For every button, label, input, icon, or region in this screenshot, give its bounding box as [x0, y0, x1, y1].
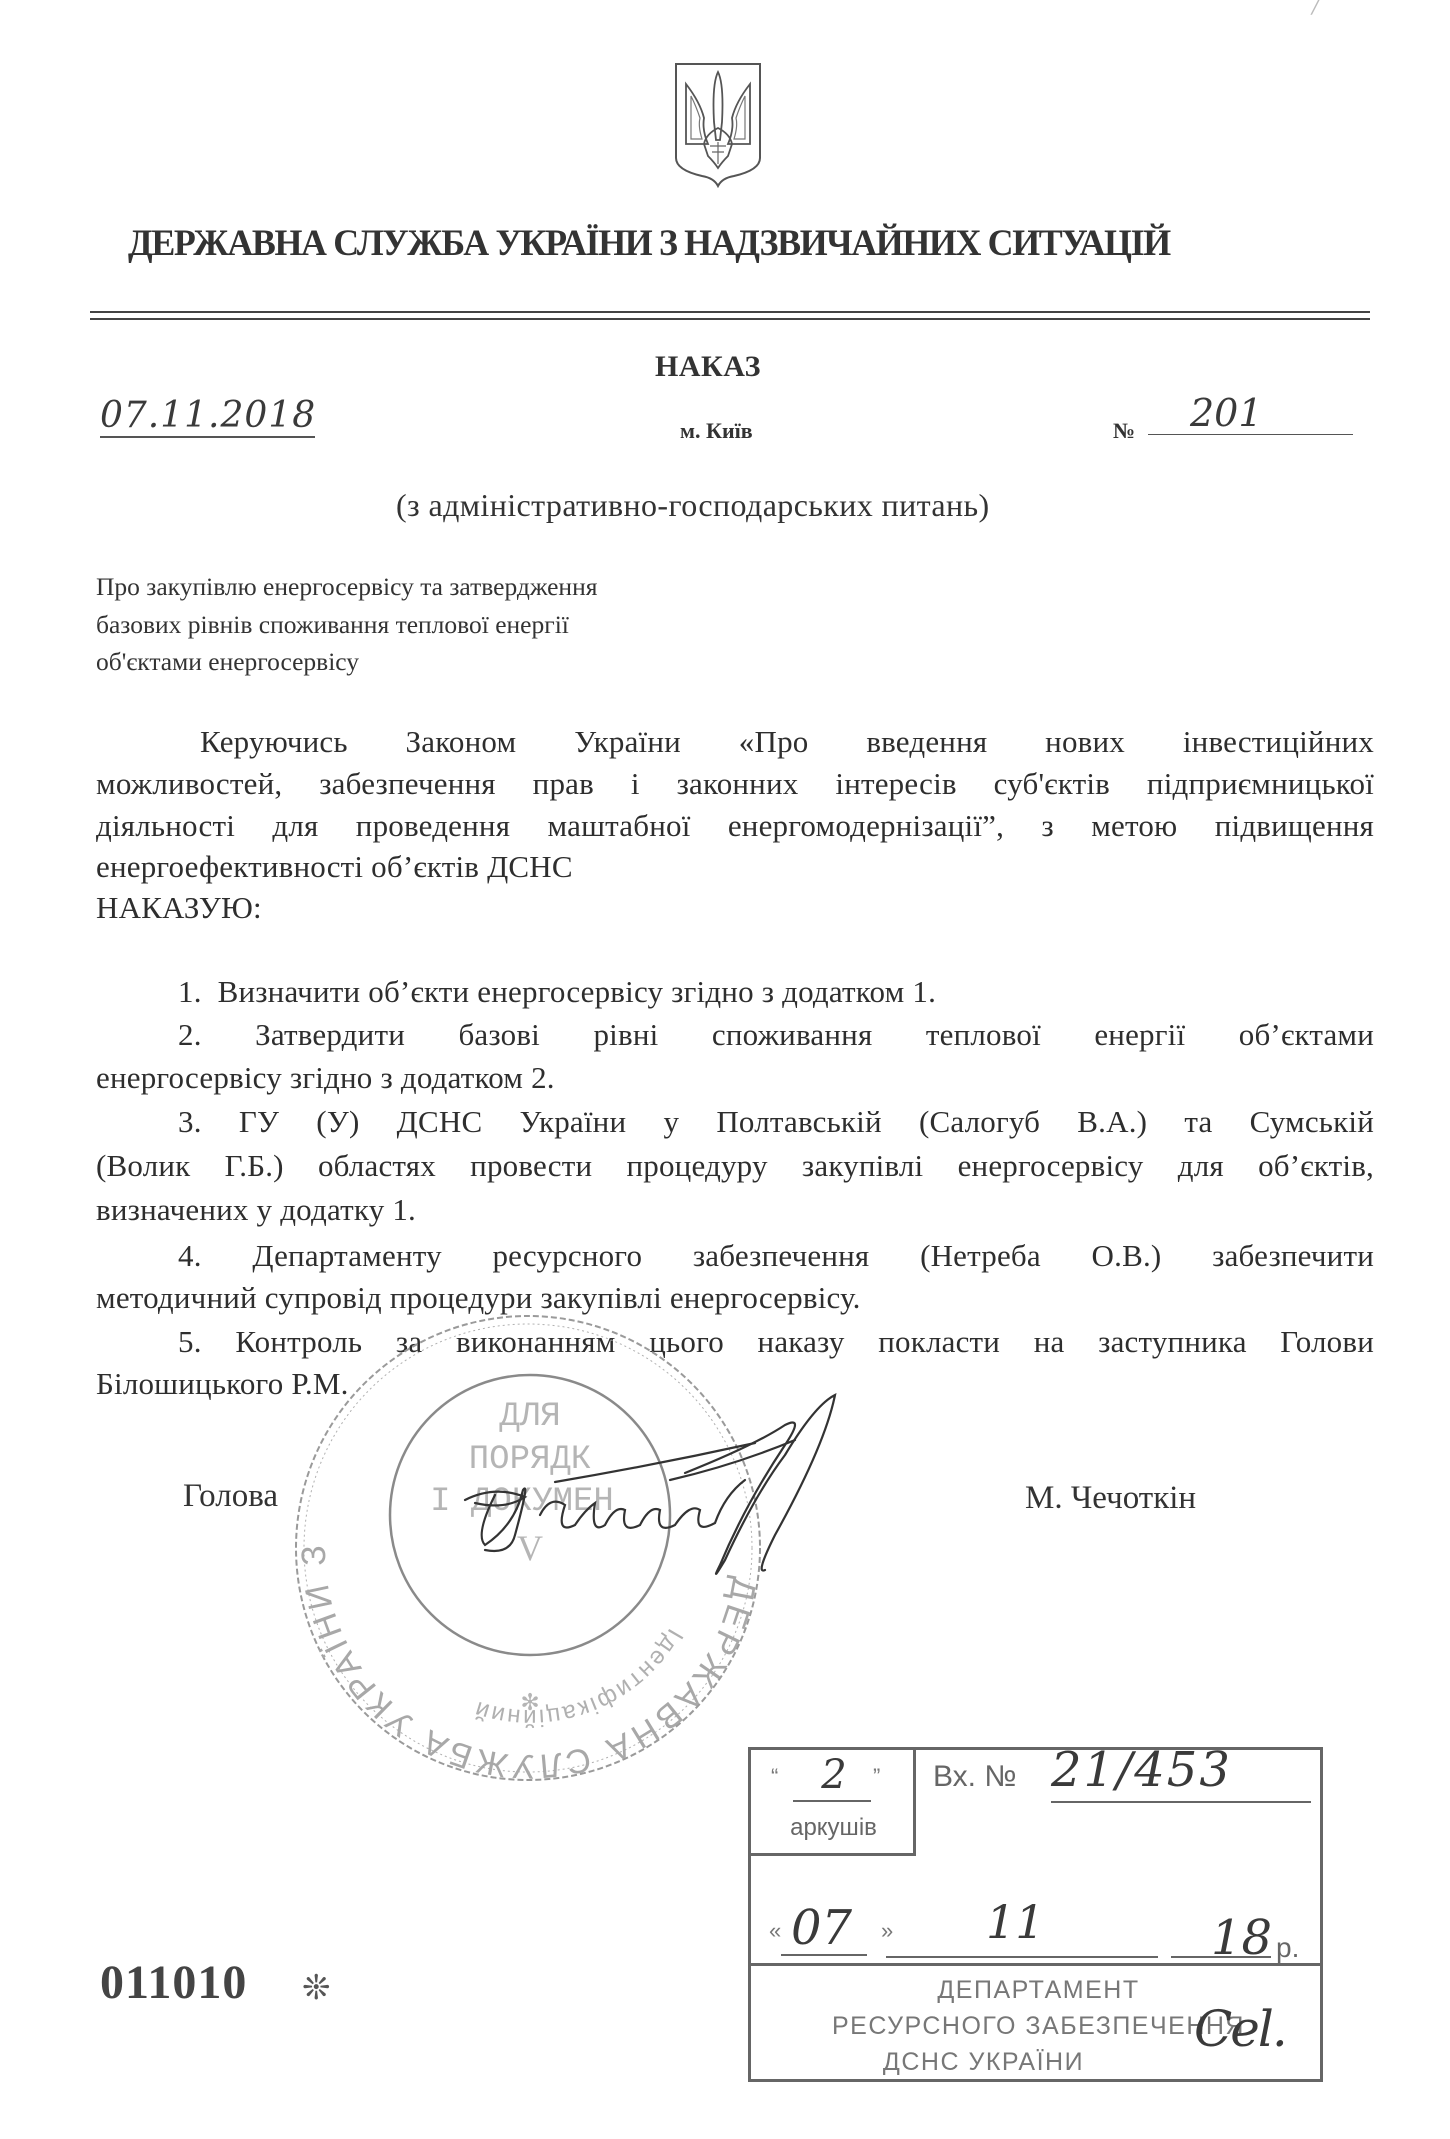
order-item-3-cont: визначених у додатку 1.: [96, 1190, 1374, 1230]
day-underline: [781, 1954, 867, 1956]
inbox-number-underline: [1051, 1801, 1311, 1803]
sheets-label: аркушів: [751, 1814, 916, 1842]
number-label: №: [1113, 418, 1135, 444]
year-underline: [1171, 1956, 1271, 1958]
organization-title: ДЕРЖАВНА СЛУЖБА УКРАЇНИ З НАДЗВИЧАЙНИХ С…: [128, 222, 1292, 265]
order-item-2-cont: енергосервісу згідно з додатком 2.: [96, 1058, 1374, 1098]
subject-line: Про закупівлю енергосервісу та затвердже…: [96, 568, 776, 606]
quote-mark: “: [771, 1764, 778, 1790]
received-year: 18: [1211, 1910, 1272, 1966]
trident-emblem-icon: [674, 62, 762, 188]
form-serial-number: 011010: [100, 1955, 247, 2010]
order-subject: Про закупівлю енергосервісу та затвердже…: [96, 568, 776, 681]
city-label: м. Київ: [680, 418, 753, 444]
star-ornament-icon: ❊: [302, 1968, 331, 2008]
subject-line: об'єктами енергосервісу: [96, 643, 776, 681]
order-item-4: 4. Департаменту ресурсного забезпечення …: [96, 1236, 1374, 1276]
clerk-signature: Cel.: [1194, 2000, 1286, 2058]
order-subtitle: (з адміністративно-господарських питань): [396, 487, 990, 524]
inbox-number-label: Вх. №: [933, 1760, 1017, 1794]
month-underline: [886, 1956, 1158, 1958]
order-date-handwritten: 07.11.2018: [100, 396, 315, 438]
subject-line: базових рівнів споживання теплової енерг…: [96, 606, 776, 644]
preamble-line: Керуючись Законом України «Про введення …: [96, 722, 1374, 762]
preamble-line: діяльності для проведення маштабної енер…: [96, 806, 1374, 846]
corner-pencil-mark: /: [1312, 0, 1319, 18]
year-suffix: р.: [1276, 1932, 1299, 1964]
sheets-underline: [793, 1800, 871, 1802]
order-number-handwritten: 201: [1148, 392, 1353, 435]
registration-stamp: “ 2 ” аркушів Вх. № 21/453 « 07 » 11 18 …: [748, 1747, 1323, 2082]
order-word: НАКАЗУЮ:: [96, 888, 1374, 928]
header-rule-bottom: [90, 318, 1370, 320]
svg-text:✻: ✻: [522, 1688, 539, 1719]
inbox-number: 21/453: [1051, 1742, 1232, 1798]
header-rule-top: [90, 311, 1370, 313]
document-type: НАКАЗ: [655, 350, 761, 384]
preamble-line: енергоефективності об’єктів ДСНС: [96, 847, 1374, 887]
received-day: 07: [791, 1900, 852, 1956]
preamble-line: можливостей, забезпечення прав і законни…: [96, 764, 1374, 804]
received-month: 11: [986, 1895, 1045, 1949]
order-item-3: 3. ГУ (У) ДСНС України у Полтавській (Са…: [96, 1102, 1374, 1142]
handwritten-signature-icon: [455, 1385, 895, 1635]
order-item-2: 2. Затвердити базові рівні споживання те…: [96, 1015, 1374, 1055]
stamp-divider: [751, 1963, 1320, 1966]
quote-mark: »: [881, 1918, 893, 1944]
signatory-position: Голова: [183, 1478, 278, 1515]
signatory-name: М. Чечоткін: [1025, 1480, 1196, 1517]
quote-mark: ”: [873, 1764, 880, 1790]
order-item-1: 1. Визначити об’єкти енергосервісу згідн…: [96, 972, 1374, 1012]
order-item-3-cont: (Волик Г.Б.) областях провести процедуру…: [96, 1146, 1374, 1186]
sheets-count-box: “ 2 ” аркушів: [751, 1750, 916, 1856]
quote-mark: «: [769, 1918, 781, 1944]
